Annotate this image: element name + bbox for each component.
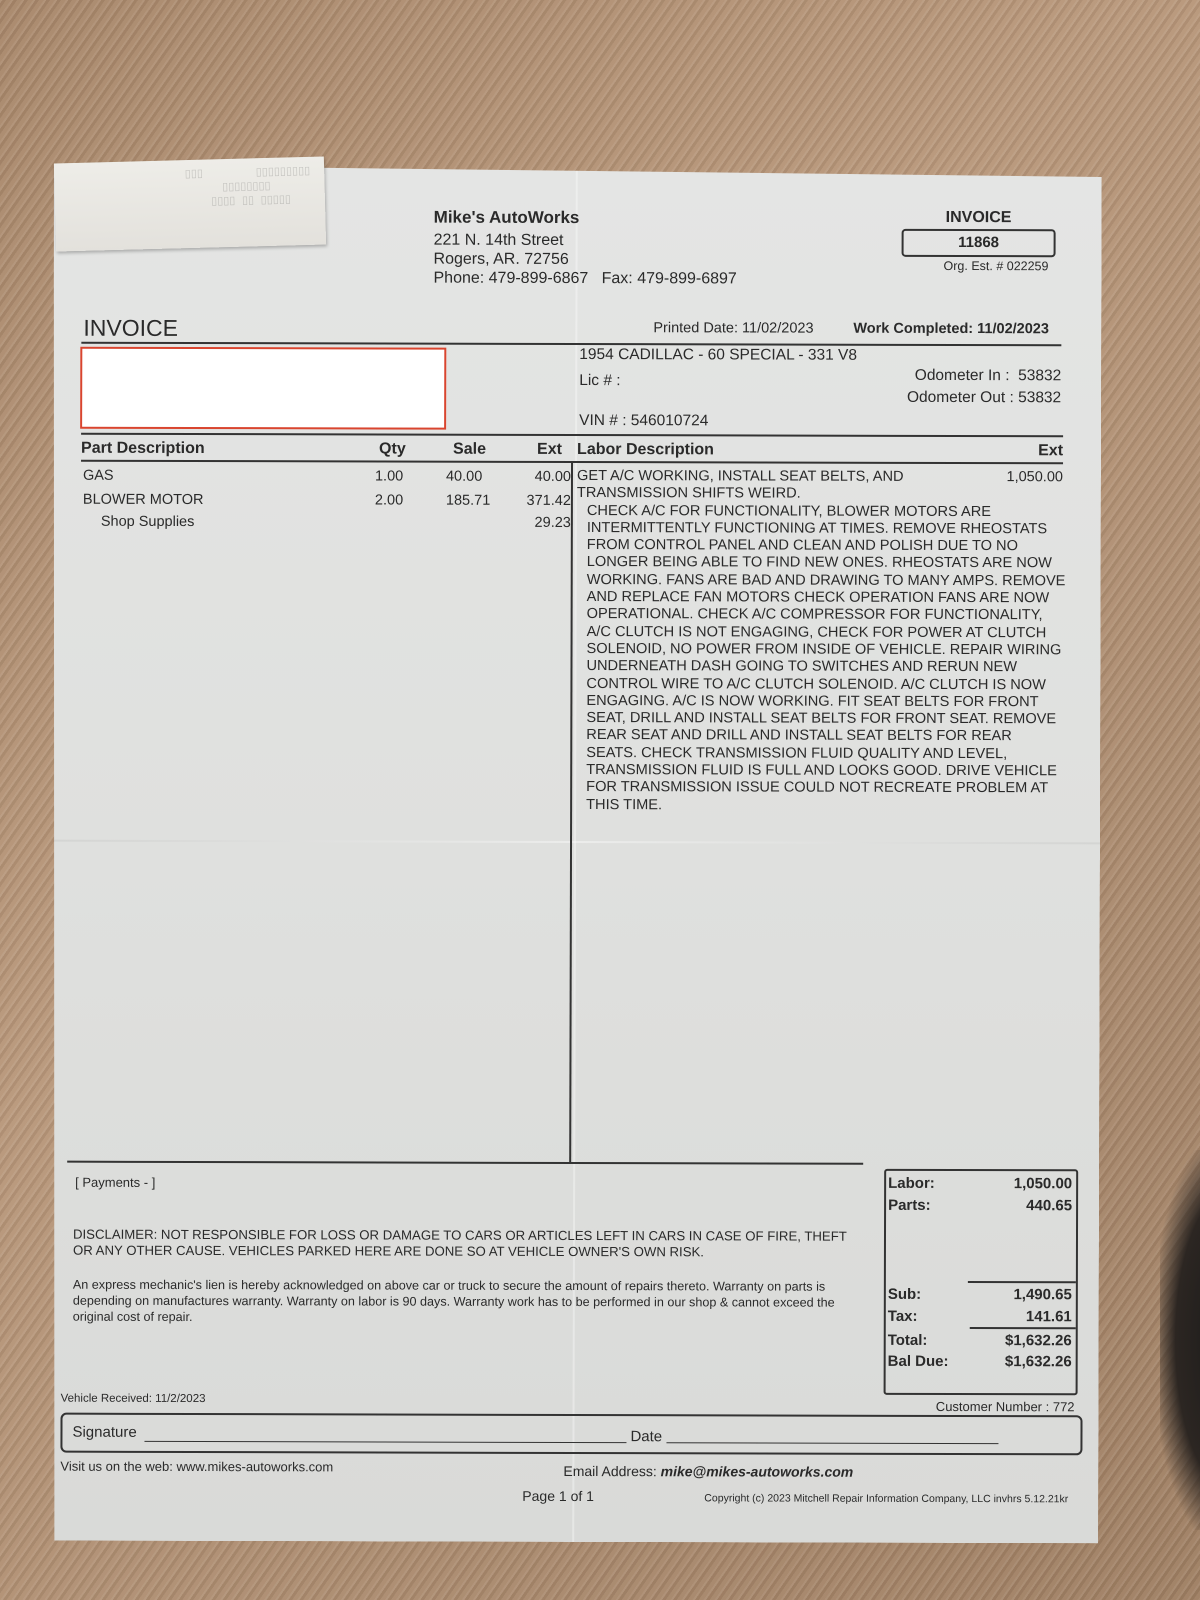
totals-box: Labor:1,050.00 Parts:440.65 Sub:1,490.65… xyxy=(884,1169,1079,1396)
parts-header-description: Part Description xyxy=(81,440,205,458)
website-text: Visit us on the web: www.mikes-autoworks… xyxy=(60,1459,333,1475)
part-description: BLOWER MOTOR xyxy=(83,492,204,508)
email-link[interactable]: mike@mikes-autoworks.com xyxy=(661,1463,854,1480)
lien-warranty-text: An express mechanic's lien is hereby ack… xyxy=(73,1277,873,1327)
divider xyxy=(968,1281,1076,1283)
customer-number: Customer Number : 772 xyxy=(936,1399,1075,1414)
invoice-label: INVOICE xyxy=(946,209,1012,227)
labor-notes: CHECK A/C FOR FUNCTIONALITY, BLOWER MOTO… xyxy=(576,503,1067,816)
payments-text: [ Payments - ] xyxy=(75,1175,155,1190)
copyright-text: Copyright (c) 2023 Mitchell Repair Infor… xyxy=(704,1492,1068,1505)
divider xyxy=(67,1161,863,1165)
printed-date: Printed Date: 11/02/2023 xyxy=(653,320,813,336)
page-title: INVOICE xyxy=(83,315,178,342)
work-completed-date: Work Completed: 11/02/2023 xyxy=(853,321,1049,338)
divider xyxy=(970,1327,1076,1329)
labor-ext: 1,050.00 xyxy=(1007,469,1063,485)
totals-tax: Tax:141.61 xyxy=(888,1308,1072,1325)
vin-number: VIN # : 546010724 xyxy=(579,412,708,430)
signature-box: Signature Date xyxy=(60,1413,1082,1456)
license-number: Lic # : xyxy=(579,372,620,390)
org-est-number: Org. Est. # 022259 xyxy=(944,259,1049,273)
labor-header-description: Labor Description xyxy=(577,441,714,459)
invoice-number: 11868 xyxy=(902,229,1056,257)
date-label: Date xyxy=(630,1428,662,1445)
invoice-paper: Mike's AutoWorks 221 N. 14th Street Roge… xyxy=(50,165,1102,1544)
date-field[interactable] xyxy=(666,1442,998,1444)
labor-description: GET A/C WORKING, INSTALL SEAT BELTS, AND… xyxy=(576,468,1067,815)
part-ext: 40.00 xyxy=(535,469,571,485)
signature-label: Signature xyxy=(72,1424,136,1441)
vehicle-received-date: Vehicle Received: 11/2/2023 xyxy=(61,1393,206,1405)
shop-phone-fax: Phone: 479-899-6867 Fax: 479-899-6897 xyxy=(433,270,736,289)
background-dark-object xyxy=(1160,1150,1200,1530)
totals-parts: Parts:440.65 xyxy=(888,1197,1072,1214)
parts-header-ext: Ext xyxy=(537,441,562,459)
part-qty: 1.00 xyxy=(375,468,403,484)
totals-sub: Sub:1,490.65 xyxy=(888,1286,1072,1303)
disclaimer-text: DISCLAIMER: NOT RESPONSIBLE FOR LOSS OR … xyxy=(73,1227,863,1261)
fold-crease-vertical xyxy=(572,166,578,1542)
divider xyxy=(81,433,1063,438)
signature-field[interactable] xyxy=(144,1441,626,1443)
customer-info-redacted xyxy=(80,347,446,430)
parts-header-qty: Qty xyxy=(379,440,406,458)
shop-street: 221 N. 14th Street xyxy=(434,232,564,250)
vehicle-description: 1954 CADILLAC - 60 SPECIAL - 331 V8 xyxy=(579,346,857,365)
labor-header-ext: Ext xyxy=(1038,442,1063,460)
part-ext: 29.23 xyxy=(535,515,571,531)
part-sale: 40.00 xyxy=(446,469,482,485)
shop-name: Mike's AutoWorks xyxy=(434,208,580,228)
attached-receipt-stub: ▯▯▯▯▯▯▯▯▯ ▯▯▯ ▯▯▯▯▯▯▯▯ ▯▯▯▯▯ ▯▯ ▯▯▯▯ xyxy=(54,156,326,251)
part-description: Shop Supplies xyxy=(101,514,195,530)
labor-complaint: GET A/C WORKING, INSTALL SEAT BELTS, AND… xyxy=(577,468,987,504)
email-address: Email Address: mike@mikes-autoworks.com xyxy=(563,1463,853,1480)
odometer-in: Odometer In : 53832 xyxy=(915,367,1062,385)
shop-city: Rogers, AR. 72756 xyxy=(434,251,569,269)
divider xyxy=(81,342,1061,347)
part-description: GAS xyxy=(83,468,114,484)
page-number: Page 1 of 1 xyxy=(522,1488,594,1504)
parts-header-sale: Sale xyxy=(453,441,486,459)
part-qty: 2.00 xyxy=(375,492,403,508)
totals-labor: Labor:1,050.00 xyxy=(888,1175,1072,1192)
column-divider xyxy=(569,462,573,1162)
totals-total: Total:$1,632.26 xyxy=(888,1332,1072,1349)
part-ext: 371.42 xyxy=(527,493,571,509)
totals-balance-due: Bal Due:$1,632.26 xyxy=(888,1353,1072,1370)
odometer-out: Odometer Out : 53832 xyxy=(907,389,1061,407)
part-sale: 185.71 xyxy=(446,493,490,509)
